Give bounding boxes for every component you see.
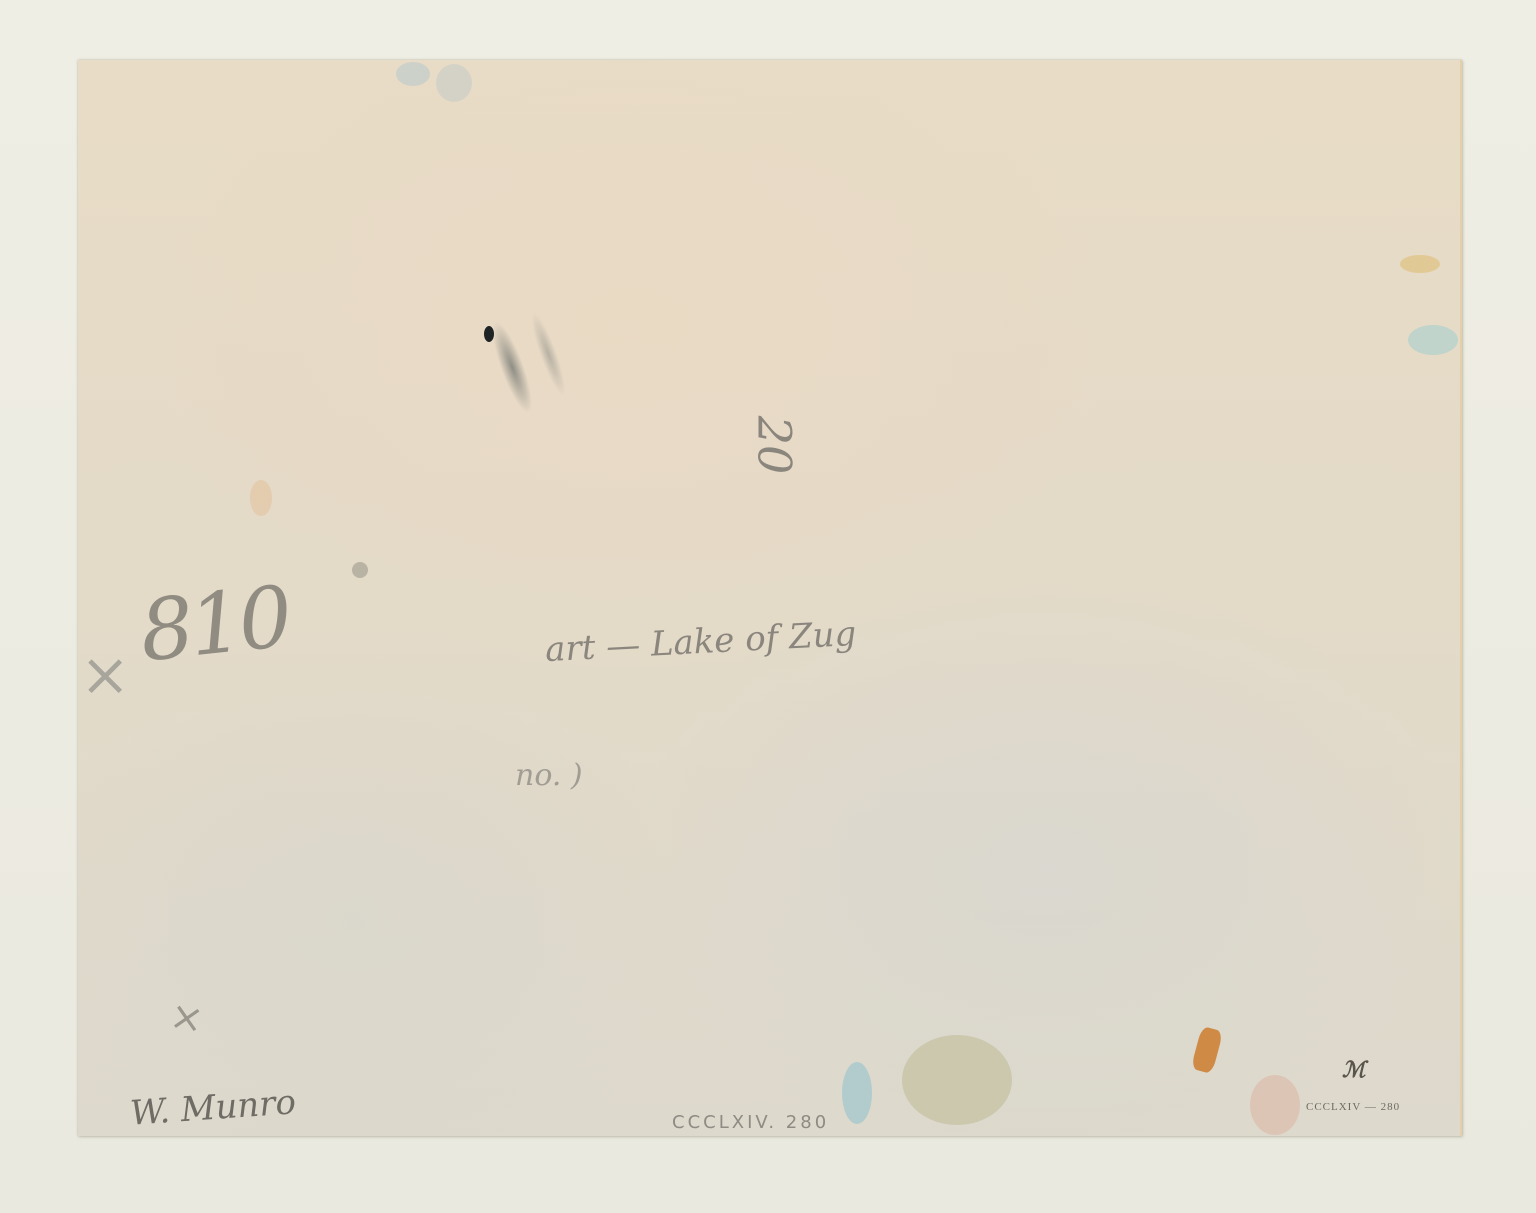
pencil-inventory-number: CCCLXIV. 280: [672, 1112, 829, 1133]
monogram-stamp-icon: ℳ: [1342, 1057, 1366, 1083]
blue-stain-top: [396, 62, 430, 86]
pink-stain: [1250, 1075, 1300, 1135]
grey-speck: [352, 562, 368, 578]
blue-stain-bottom: [842, 1062, 872, 1124]
blue-stain-top-2: [436, 64, 472, 102]
cross-mark-left: ×: [80, 640, 130, 710]
yellow-specks-right: [1400, 255, 1440, 273]
rotated-number-20: 20: [747, 416, 801, 475]
olive-stain-bottom: [902, 1035, 1012, 1125]
tan-stain-left: [250, 480, 272, 516]
mid-inscription: no. ): [515, 758, 583, 793]
ink-blot: [484, 326, 494, 342]
inventory-stamp: CCCLXIV — 280: [1306, 1101, 1400, 1113]
number-810: 810: [135, 568, 293, 681]
blue-stain-right: [1408, 325, 1458, 355]
